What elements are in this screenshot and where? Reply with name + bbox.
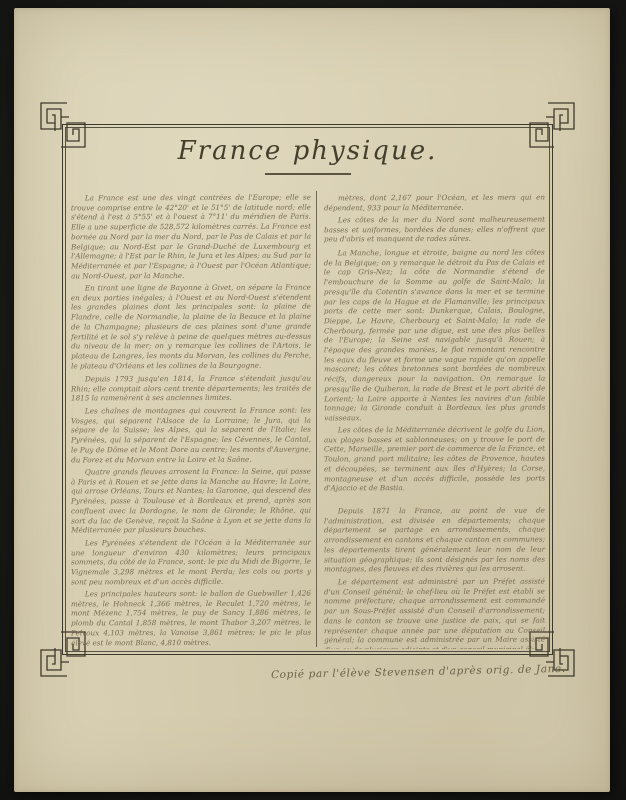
right-column-text: mètres, dont 2,167 pour l'Océan, et les … bbox=[324, 193, 545, 649]
page-title: France physique. bbox=[63, 136, 552, 166]
manuscript-paragraph: Les côtes de la Méditerranée décrivent l… bbox=[324, 425, 545, 494]
manuscript-paragraph: Depuis 1871 la France, au point de vue d… bbox=[324, 506, 545, 575]
manuscript-paragraph: La Manche, longue et étroite, baigne au … bbox=[324, 247, 546, 422]
manuscript-paragraph: Les principales hauteurs sont: le ballon… bbox=[71, 589, 311, 648]
manuscript-paragraph: Quatre grands fleuves arrosent la France… bbox=[71, 467, 311, 536]
manuscript-paragraph: Les côtes de la mer du Nord sont malheur… bbox=[324, 215, 545, 245]
photograph-backdrop: France physique. La France est une des v… bbox=[0, 0, 626, 800]
manuscript-paper: France physique. La France est une des v… bbox=[14, 8, 610, 792]
manuscript-paragraph: Le département est administré par un Pré… bbox=[324, 577, 545, 649]
greek-key-corner-ornament-icon bbox=[33, 95, 93, 155]
title-rule bbox=[265, 173, 351, 175]
manuscript-paragraph: Les Pyrénées s'étendent de l'Océan à la … bbox=[71, 537, 311, 586]
manuscript-columns: La France est une des vingt contrées de … bbox=[69, 191, 548, 649]
decorative-frame: France physique. La France est une des v… bbox=[62, 124, 553, 655]
left-column: La France est une des vingt contrées de … bbox=[69, 191, 316, 649]
right-column: mètres, dont 2,167 pour l'Océan, et les … bbox=[317, 191, 548, 649]
manuscript-paragraph: La France est une des vingt contrées de … bbox=[71, 193, 311, 281]
manuscript-paragraph: Depuis 1793 jusqu'en 1814, la France s'é… bbox=[71, 373, 311, 403]
manuscript-paragraph: Les chaînes de montagnes qui couvrent la… bbox=[71, 405, 311, 464]
manuscript-paragraph: En tirant une ligne de Bayonne à Givet, … bbox=[71, 283, 311, 371]
manuscript-paragraph: mètres, dont 2,167 pour l'Océan, et les … bbox=[324, 193, 545, 213]
greek-key-corner-ornament-icon bbox=[522, 95, 582, 155]
